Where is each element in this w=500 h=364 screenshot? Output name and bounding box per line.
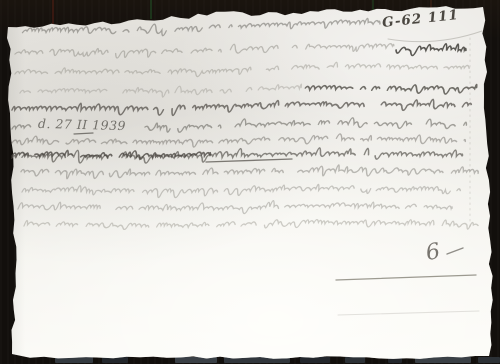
date-note: d. 27 II 1939 xyxy=(38,116,126,133)
paper-sheet xyxy=(0,0,500,364)
scan-artifact-patch xyxy=(300,357,330,363)
scan-artifact-line xyxy=(150,0,152,19)
scan-artifact-patch xyxy=(478,357,500,363)
scan-artifact-line xyxy=(52,0,54,24)
scan-artifact-line xyxy=(372,0,374,11)
scan-artifact-patch xyxy=(345,357,365,363)
scan-artifact-line xyxy=(430,0,432,8)
scanned-postcard-back: G-62 111 d. 27 II 1939 6 xyxy=(0,0,500,364)
